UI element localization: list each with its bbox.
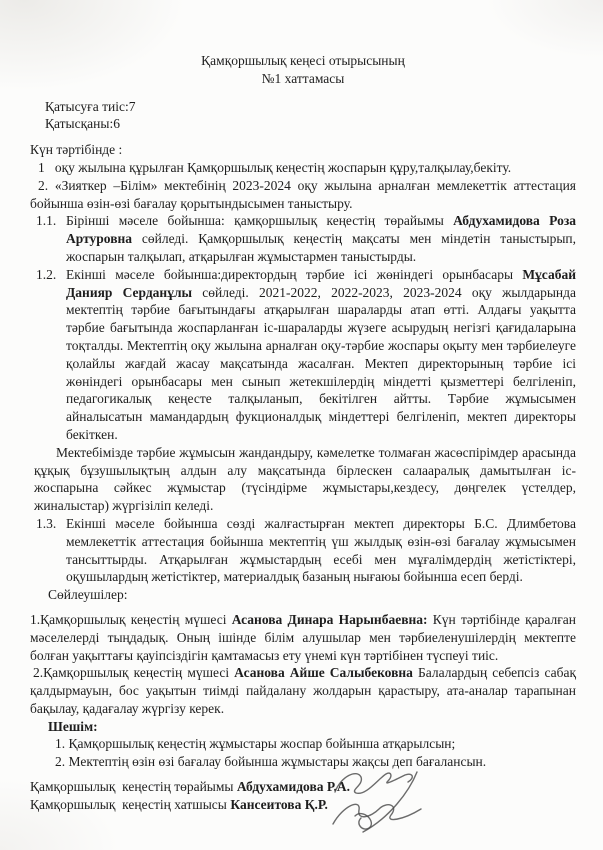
signature-name-chair: Абдухамидова Р.А. [237,779,350,794]
text-run: Екінші мәселе бойынша сөзді жалғастырған… [66,516,576,584]
text-run: 1.Қамқоршылық кеңестің мүшесі [30,612,232,627]
speakers-heading: Сөйлеушілер: [48,586,576,604]
signature-label-chair: Қамқоршылық кеңестің төрайымы [30,778,234,796]
document-title: Қамқоршылық кеңесі отырысының №1 хаттама… [30,52,576,88]
title-line-2: №1 хаттамасы [30,70,576,88]
text-run: Сөйлеушілер: [48,587,128,602]
item-text: Екінші мәселе бойынша сөзді жалғастырған… [66,515,576,586]
item-number: 1.2. [36,266,66,444]
signature-block: Қамқоршылық кеңестің төрайымы Абдухамидо… [30,778,576,814]
text-run: сөйледі. Қамқоршылық кеңестің мақсаты ме… [66,231,576,264]
document-body: 1 оқу жылына құрылған Қамқоршылық кеңест… [30,159,576,771]
decision-1: 1. Қамқоршылық кеңестің жұмыстары жоспар… [55,735,576,753]
agenda-item-1: 1 оқу жылына құрылған Қамқоршылық кеңест… [30,159,576,177]
attendance-required: Қатысуға тиіс:7 [45,98,576,116]
text-run: Екінші мәселе бойынша:директордың тәрбие… [66,267,522,282]
scanned-protocol-page: Қамқоршылық кеңесі отырысының №1 хаттама… [0,0,603,850]
signature-name-secretary: Кансеитова Қ.Р. [230,797,327,812]
speaker-1: 1.Қамқоршылық кеңестің мүшесі Асанова Ди… [30,611,576,664]
text-run: 1. Қамқоршылық кеңестің жұмыстары жоспар… [55,736,455,751]
speaker-2: 2.Қамқоршылық кеңестің мүшесі Асанова Ай… [30,664,576,717]
agenda-heading: Күн тәртібінде : [30,141,576,159]
text-run: 2. Мектептің өзін өзі бағалау бойынша жұ… [55,754,486,769]
agenda-item-2: 2. «Зияткер –Білім» мектебінің 2023-2024… [30,177,576,213]
bold-name: Асанова Айше Салыбековна [234,665,413,680]
signature-row-secretary: Қамқоршылық кеңестің хатшысы Кансеитова … [30,796,576,814]
item-text: Бірінші мәселе бойынша: қамқоршылық кеңе… [66,212,576,265]
item-number: 1.1. [36,212,66,265]
item-1-2: 1.2.Екінші мәселе бойынша:директордың тә… [30,266,576,444]
text-run: 2.Қамқоршылық кеңестің мүшесі [33,665,234,680]
attendance-present: Қатысқаны:6 [45,115,576,133]
item-1-1: 1.1.Бірінші мәселе бойынша: қамқоршылық … [30,212,576,265]
text-run: 1 оқу жылына құрылған Қамқоршылық кеңест… [38,160,511,175]
bold-name: Асанова Динара Нарынбаевна: [232,612,428,627]
item-1-2-continuation: Мектебімізде тәрбие жұмысын жандандыру, … [34,444,576,515]
text-run: Мектебімізде тәрбие жұмысын жандандыру, … [34,445,576,513]
bold-name: Шешім: [48,719,98,734]
attendance-block: Қатысуға тиіс:7 Қатысқаны:6 [45,98,576,134]
decision-heading: Шешім: [48,718,576,736]
signature-label-secretary: Қамқоршылық кеңестің хатшысы [30,796,227,814]
item-text: Екінші мәселе бойынша:директордың тәрбие… [66,266,576,444]
item-1-3: 1.3.Екінші мәселе бойынша сөзді жалғасты… [30,515,576,586]
signature-row-chair: Қамқоршылық кеңестің төрайымы Абдухамидо… [30,778,576,796]
decision-2: 2. Мектептің өзін өзі бағалау бойынша жұ… [55,753,576,771]
title-line-1: Қамқоршылық кеңесі отырысының [30,52,576,70]
text-run: 2. «Зияткер –Білім» мектебінің 2023-2024… [30,178,576,211]
text-run: сөйледі. 2021-2022, 2022-2023, 2023-2024… [66,285,576,442]
text-run: Бірінші мәселе бойынша: қамқоршылық кеңе… [66,213,453,228]
item-number: 1.3. [36,515,66,586]
